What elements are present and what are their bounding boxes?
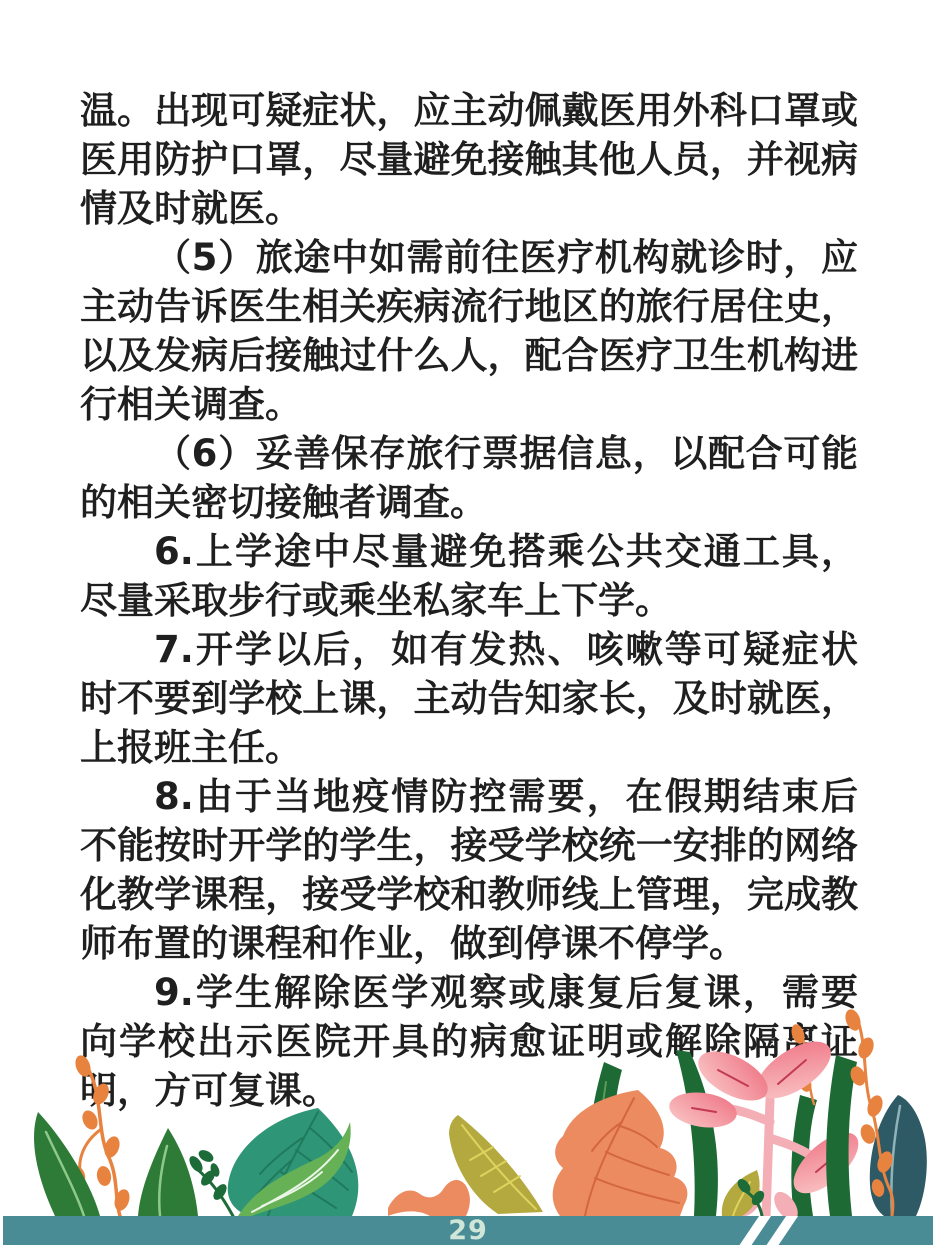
plants-illustration (0, 1000, 938, 1216)
body-text: 温。出现可疑症状，应主动佩戴医用外科口罩或医用防护口罩，尽量避免接触其他人员，并… (80, 86, 858, 1115)
paragraph: 8.由于当地疫情防控需要，在假期结束后不能按时开学的学生，接受学校统一安排的网络… (80, 772, 858, 968)
paragraph: （6）妥善保存旅行票据信息，以配合可能的相关密切接触者调查。 (80, 429, 858, 527)
orange-curl-icon (388, 1180, 470, 1216)
footer-bar: 29 (3, 1216, 933, 1245)
front-olive-leaf-icon (722, 1170, 767, 1216)
paragraph: 6.上学途中尽量避免搭乘公共交通工具，尽量采取步行或乘坐私家车上下学。 (80, 527, 858, 625)
document-page: 温。出现可疑症状，应主动佩戴医用外科口罩或医用防护口罩，尽量避免接触其他人员，并… (0, 0, 938, 1250)
paragraph: （5）旅途中如需前往医疗机构就诊时，应主动告诉医生相关疾病流行地区的旅行居住史，… (80, 233, 858, 429)
orange-leaf-icon (553, 1090, 688, 1216)
page-number: 29 (3, 1216, 933, 1245)
paragraph: 温。出现可疑症状，应主动佩戴医用外科口罩或医用防护口罩，尽量避免接触其他人员，并… (80, 86, 858, 233)
paragraph: 7.开学以后，如有发热、咳嗽等可疑症状时不要到学校上课，主动告知家长，及时就医，… (80, 625, 858, 772)
